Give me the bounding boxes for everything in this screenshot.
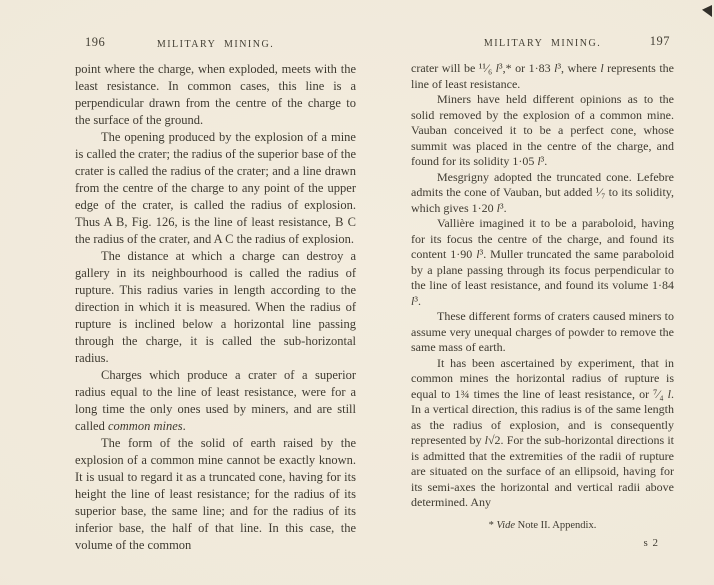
- italic-text: Vide: [497, 520, 515, 531]
- paragraph: Charges which produce a crater of a supe…: [75, 367, 356, 435]
- page-number-left: 196: [85, 34, 105, 51]
- text-segment: point where the charge, when exploded, m…: [75, 62, 356, 127]
- text-segment: These different forms of craters caused …: [411, 309, 674, 354]
- book-scan-spread: { "scan": { "paper_color": "#f0e9da", "i…: [0, 0, 714, 585]
- paragraph: The opening produced by the explosion of…: [75, 129, 356, 248]
- running-head-left: 196 MILITARY MINING.: [75, 36, 356, 52]
- paragraph: Mesgrigny adopted the truncated cone. Le…: [411, 170, 674, 217]
- page-197-body-text: crater will be ¹¹⁄₆ l³,* or 1·83 l³, whe…: [411, 61, 674, 511]
- text-segment: The opening produced by the explosion of…: [75, 130, 356, 246]
- running-title-right: MILITARY MINING.: [484, 38, 601, 49]
- paragraph: It has been ascertained by experiment, t…: [411, 356, 674, 511]
- text-segment: ³.: [541, 154, 548, 168]
- paragraph: Miners have held different opinions as t…: [411, 92, 674, 170]
- text-segment: ³,* or 1·83: [499, 61, 554, 75]
- running-head-right: MILITARY MINING. 197: [411, 36, 674, 52]
- text-segment: .: [183, 419, 186, 433]
- paragraph: point where the charge, when exploded, m…: [75, 61, 356, 129]
- paragraph: The form of the solid of earth raised by…: [75, 435, 356, 554]
- footnote: * Vide Note II. Appendix.: [411, 518, 674, 534]
- text-segment: Mesgrigny adopted the truncated cone. Le…: [411, 170, 674, 215]
- paragraph: Vallière imagined it to be a paraboloid,…: [411, 216, 674, 309]
- running-title-left: MILITARY MINING.: [157, 39, 274, 50]
- text-segment: The form of the solid of earth raised by…: [75, 436, 356, 552]
- page-196: 196 MILITARY MINING. point where the cha…: [75, 36, 356, 554]
- paragraph: These different forms of craters caused …: [411, 309, 674, 356]
- text-segment: *: [489, 520, 497, 531]
- scan-corner-mark: [702, 5, 712, 17]
- text-segment: crater will be ¹¹⁄₆: [411, 61, 496, 75]
- text-segment: It has been ascertained by experiment, t…: [411, 356, 674, 401]
- page-197: MILITARY MINING. 197 crater will be ¹¹⁄₆…: [411, 36, 674, 552]
- paragraph: The distance at which a charge can destr…: [75, 248, 356, 367]
- page-number-right: 197: [650, 34, 670, 50]
- text-segment: ³.: [414, 294, 421, 308]
- page-196-body-text: point where the charge, when exploded, m…: [75, 61, 356, 554]
- text-segment: ³.: [500, 201, 507, 215]
- italic-text: common mines: [108, 419, 183, 433]
- signature-mark: s 2: [411, 536, 674, 552]
- paragraph: crater will be ¹¹⁄₆ l³,* or 1·83 l³, whe…: [411, 61, 674, 92]
- text-segment: ³, where: [557, 61, 600, 75]
- text-segment: Note II. Appendix.: [515, 520, 596, 531]
- text-segment: The distance at which a charge can destr…: [75, 249, 356, 365]
